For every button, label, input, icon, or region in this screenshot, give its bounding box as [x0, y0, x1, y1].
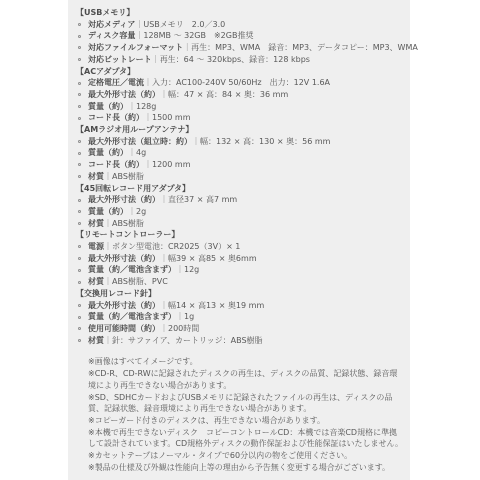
spec-row: 材質｜ABS樹脂 [68, 218, 410, 230]
spec-label: 最大外形寸法（約） [88, 254, 160, 263]
spec-separator: ｜ [104, 242, 112, 251]
spec-text: 質量（約）｜4g [88, 147, 146, 159]
section-title: 【交換用レコード針】 [68, 288, 410, 300]
spec-row: 材質｜ABS樹脂、PVC [68, 276, 410, 288]
spec-text: 対応ファイルフォーマット｜再生：MP3、WMA 録音：MP3、データコピー：MP… [88, 42, 418, 54]
spec-panel: 【USBメモリ】対応メディア｜USBメモリ 2.0／3.0ディスク容量｜128M… [68, 0, 410, 480]
spec-label: 材質 [88, 336, 104, 345]
spec-value: 直径37 × 高7 mm [168, 195, 237, 204]
spec-separator: ｜ [160, 301, 168, 310]
spec-text: 質量（約）｜128g [88, 101, 156, 113]
section-title: 【ACアダプタ】 [68, 66, 410, 78]
spec-row: コード長（約）｜1200 mm [68, 159, 410, 171]
spec-value: 幅14 × 高13 × 奥19 mm [168, 301, 264, 310]
spec-text: 質量（約／電池含まず）｜12g [88, 264, 199, 276]
spec-row: 電源｜ボタン型電池：CR2025（3V）× 1 [68, 241, 410, 253]
spec-separator: ｜ [176, 265, 184, 274]
spec-value: 針：サファイア、カートリッジ：ABS樹脂 [112, 336, 263, 345]
section-title: 【リモートコントローラー】 [68, 229, 410, 241]
note-line: ※コピーガード付きのディスクは、再生できない場合があります。 [88, 415, 404, 427]
spec-value: USBメモリ 2.0／3.0 [143, 20, 225, 29]
spec-value: 再生：MP3、WMA 録音：MP3、データコピー：MP3、WMA [191, 43, 418, 52]
spec-text: ディスク容量｜128MB ～ 32GB ※2GB推奨 [88, 30, 253, 42]
bullet-icon [78, 257, 81, 260]
spec-label: 質量（約） [88, 207, 128, 216]
notes-block: ※画像はすべてイメージです。※CD-R、CD-RWに記録されたディスクの再生は、… [88, 356, 404, 473]
spec-label: 材質 [88, 172, 104, 181]
spec-section: 【リモートコントローラー】電源｜ボタン型電池：CR2025（3V）× 1最大外形… [68, 229, 410, 288]
bullet-icon [78, 281, 81, 284]
spec-separator: ｜ [183, 43, 191, 52]
bullet-icon [78, 222, 81, 225]
bullet-icon [78, 140, 81, 143]
spec-section: 【AMラジオ用ループアンテナ】最大外形寸法（組立時：約）｜幅：132 × 高：1… [68, 124, 410, 183]
bullet-icon [78, 304, 81, 307]
spec-text: 定格電圧／電流｜入力：AC100-240V 50/60Hz 出力：12V 1.6… [88, 77, 330, 89]
spec-row: 定格電圧／電流｜入力：AC100-240V 50/60Hz 出力：12V 1.6… [68, 77, 410, 89]
spec-label: 材質 [88, 277, 104, 286]
spec-value: 1g [184, 312, 194, 321]
spec-row: 質量（約）｜4g [68, 147, 410, 159]
spec-text: 対応メディア｜USBメモリ 2.0／3.0 [88, 19, 225, 31]
spec-label: 材質 [88, 219, 104, 228]
spec-value: 1200 mm [152, 160, 191, 169]
spec-separator: ｜ [144, 160, 152, 169]
spec-separator: ｜ [152, 55, 160, 64]
section-title: 【USBメモリ】 [68, 7, 410, 19]
spec-label: 最大外形寸法（組立時：約） [88, 137, 192, 146]
spec-value: ABS樹脂 [112, 172, 144, 181]
spec-label: コード長（約） [88, 113, 144, 122]
note-line: ※本機で再生できないディスク コピーコントロールCD：本機では音楽CD規格に準拠… [88, 427, 404, 450]
bullet-icon [78, 327, 81, 330]
spec-separator: ｜ [160, 324, 168, 333]
section-title: 【45回転レコード用アダプタ】 [68, 183, 410, 195]
spec-separator: ｜ [104, 277, 112, 286]
spec-row: ディスク容量｜128MB ～ 32GB ※2GB推奨 [68, 30, 410, 42]
spec-row: 質量（約／電池含まず）｜1g [68, 311, 410, 323]
spec-label: 最大外形寸法（約） [88, 301, 160, 310]
spec-label: 対応ビットレート [88, 55, 152, 64]
bullet-icon [78, 210, 81, 213]
spec-value: 幅39 × 高85 × 奥6mm [168, 254, 257, 263]
spec-row: 対応ビットレート｜再生：64 ～ 320kbps、録音：128 kbps [68, 54, 410, 66]
bullet-icon [78, 93, 81, 96]
spec-section: 【USBメモリ】対応メディア｜USBメモリ 2.0／3.0ディスク容量｜128M… [68, 7, 410, 66]
spec-separator: ｜ [160, 90, 168, 99]
spec-value: 12g [184, 265, 199, 274]
spec-text: 質量（約／電池含まず）｜1g [88, 311, 194, 323]
spec-row: 最大外形寸法（約）｜幅：47 × 高：84 × 奥：36 mm [68, 89, 410, 101]
spec-separator: ｜ [160, 254, 168, 263]
spec-text: 材質｜ABS樹脂 [88, 171, 144, 183]
spec-value: 入力：AC100-240V 50/60Hz 出力：12V 1.6A [152, 78, 330, 87]
spec-separator: ｜ [144, 113, 152, 122]
spec-section: 【交換用レコード針】最大外形寸法（約）｜幅14 × 高13 × 奥19 mm質量… [68, 288, 410, 347]
bullet-icon [78, 199, 81, 202]
spec-separator: ｜ [176, 312, 184, 321]
bullet-icon [78, 316, 81, 319]
spec-label: 質量（約） [88, 148, 128, 157]
note-line: ※CD-R、CD-RWに記録されたディスクの再生は、ディスクの品質、記録状態、録… [88, 368, 404, 391]
spec-row: 最大外形寸法（組立時：約）｜幅：132 × 高：130 × 奥：56 mm [68, 136, 410, 148]
spec-separator: ｜ [128, 148, 136, 157]
spec-row: 質量（約）｜128g [68, 101, 410, 113]
spec-text: 最大外形寸法（約）｜直径37 × 高7 mm [88, 194, 237, 206]
spec-text: コード長（約）｜1500 mm [88, 112, 191, 124]
spec-text: 最大外形寸法（約）｜幅：47 × 高：84 × 奥：36 mm [88, 89, 288, 101]
spec-row: 対応メディア｜USBメモリ 2.0／3.0 [68, 19, 410, 31]
spec-label: 定格電圧／電流 [88, 78, 144, 87]
bullet-icon [78, 175, 81, 178]
bullet-icon [78, 339, 81, 342]
spec-text: 対応ビットレート｜再生：64 ～ 320kbps、録音：128 kbps [88, 54, 310, 66]
spec-text: 材質｜ABS樹脂、PVC [88, 276, 168, 288]
spec-label: 対応ファイルフォーマット [88, 43, 183, 52]
bullet-icon [78, 46, 81, 49]
spec-value: 128MB ～ 32GB ※2GB推奨 [143, 31, 253, 40]
spec-label: コード長（約） [88, 160, 144, 169]
spec-value: 128g [136, 102, 156, 111]
spec-text: 電源｜ボタン型電池：CR2025（3V）× 1 [88, 241, 240, 253]
spec-row: コード長（約）｜1500 mm [68, 112, 410, 124]
spec-row: 最大外形寸法（約）｜直径37 × 高7 mm [68, 194, 410, 206]
spec-value: 幅：47 × 高：84 × 奥：36 mm [168, 90, 288, 99]
spec-text: 最大外形寸法（約）｜幅39 × 高85 × 奥6mm [88, 253, 257, 265]
note-line: ※画像はすべてイメージです。 [88, 356, 404, 368]
spec-separator: ｜ [104, 336, 112, 345]
spec-text: 最大外形寸法（約）｜幅14 × 高13 × 奥19 mm [88, 300, 264, 312]
bullet-icon [78, 163, 81, 166]
spec-text: コード長（約）｜1200 mm [88, 159, 191, 171]
bullet-icon [78, 58, 81, 61]
spec-label: 対応メディア [88, 20, 135, 29]
spec-text: 最大外形寸法（組立時：約）｜幅：132 × 高：130 × 奥：56 mm [88, 136, 330, 148]
bullet-icon [78, 105, 81, 108]
spec-label: 電源 [88, 242, 104, 251]
spec-separator: ｜ [104, 219, 112, 228]
spec-label: 質量（約／電池含まず） [88, 312, 176, 321]
spec-text: 材質｜ABS樹脂 [88, 218, 144, 230]
spec-section: 【ACアダプタ】定格電圧／電流｜入力：AC100-240V 50/60Hz 出力… [68, 66, 410, 125]
spec-row: 最大外形寸法（約）｜幅39 × 高85 × 奥6mm [68, 253, 410, 265]
spec-label: 最大外形寸法（約） [88, 195, 160, 204]
spec-label: 質量（約／電池含まず） [88, 265, 176, 274]
spec-row: 質量（約／電池含まず）｜12g [68, 264, 410, 276]
note-line: ※カセットテープはノーマル・タイプで60分以内の物をご使用ください。 [88, 450, 404, 462]
spec-row: 対応ファイルフォーマット｜再生：MP3、WMA 録音：MP3、データコピー：MP… [68, 42, 410, 54]
spec-value: 幅：132 × 高：130 × 奥：56 mm [200, 137, 330, 146]
spec-text: 質量（約）｜2g [88, 206, 146, 218]
bullet-icon [78, 23, 81, 26]
spec-label: 使用可能時間（約） [88, 324, 160, 333]
bullet-icon [78, 82, 81, 85]
spec-value: 200時間 [168, 324, 199, 333]
spec-text: 使用可能時間（約）｜200時間 [88, 323, 199, 335]
spec-separator: ｜ [128, 102, 136, 111]
spec-row: 質量（約）｜2g [68, 206, 410, 218]
note-line: ※製品の仕様及び外観は性能向上等の理由から予告無く変更する場合がございます。 [88, 462, 404, 474]
spec-row: 使用可能時間（約）｜200時間 [68, 323, 410, 335]
spec-label: 最大外形寸法（約） [88, 90, 160, 99]
spec-row: 材質｜ABS樹脂 [68, 171, 410, 183]
note-line: ※SD、SDHCカードおよびUSBメモリに記録されたファイルの再生は、ディスクの… [88, 392, 404, 415]
bullet-icon [78, 35, 81, 38]
spec-label: ディスク容量 [88, 31, 135, 40]
spec-text: 材質｜針：サファイア、カートリッジ：ABS樹脂 [88, 335, 263, 347]
spec-row: 材質｜針：サファイア、カートリッジ：ABS樹脂 [68, 335, 410, 347]
spec-section: 【45回転レコード用アダプタ】最大外形寸法（約）｜直径37 × 高7 mm質量（… [68, 183, 410, 230]
spec-separator: ｜ [144, 78, 152, 87]
spec-row: 最大外形寸法（約）｜幅14 × 高13 × 奥19 mm [68, 300, 410, 312]
spec-separator: ｜ [104, 172, 112, 181]
spec-sections: 【USBメモリ】対応メディア｜USBメモリ 2.0／3.0ディスク容量｜128M… [68, 0, 410, 346]
spec-value: 1500 mm [152, 113, 191, 122]
spec-value: 4g [136, 148, 146, 157]
spec-separator: ｜ [128, 207, 136, 216]
spec-value: ABS樹脂 [112, 219, 144, 228]
spec-separator: ｜ [160, 195, 168, 204]
spec-label: 質量（約） [88, 102, 128, 111]
spec-separator: ｜ [192, 137, 200, 146]
bullet-icon [78, 269, 81, 272]
bullet-icon [78, 245, 81, 248]
bullet-icon [78, 117, 81, 120]
spec-value: 再生：64 ～ 320kbps、録音：128 kbps [160, 55, 310, 64]
spec-value: 2g [136, 207, 146, 216]
bullet-icon [78, 152, 81, 155]
section-title: 【AMラジオ用ループアンテナ】 [68, 124, 410, 136]
spec-value: ボタン型電池：CR2025（3V）× 1 [112, 242, 240, 251]
spec-value: ABS樹脂、PVC [112, 277, 168, 286]
